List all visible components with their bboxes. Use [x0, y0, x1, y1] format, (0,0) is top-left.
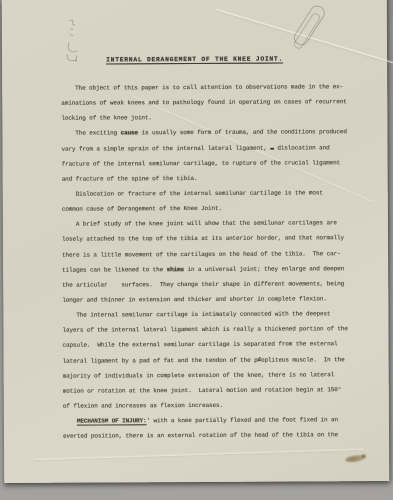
text-line: losely attached to the top of the tibia … [62, 231, 362, 248]
document-title: INTERNAL DERANGEMENT OF THE KNEE JOINT. [2, 55, 387, 64]
crease-line [34, 448, 364, 462]
text-segment: is usually some form of trauma, and the … [138, 129, 347, 137]
text-line: vary from a simple sprain of the interna… [61, 140, 361, 157]
pencil-scribble-icon [57, 15, 87, 73]
ink-smudge-dot [361, 454, 366, 458]
text-line: tilages can be likened to the shims in a… [62, 261, 362, 278]
text-segment: dislocation and [274, 144, 330, 151]
text-segment: vary from a simple sprain of the interna… [62, 144, 271, 152]
text-segment: in a universal joint; they enlarge and d… [184, 265, 344, 273]
paragraph: Dislocation or fracture of the internal … [62, 185, 362, 217]
text-line: capsule. While the external semilunar ca… [63, 337, 363, 354]
text-line: MECHANISM OF INJURY:' with a knee partia… [63, 412, 363, 429]
paragraph: The object of this paper is to call atte… [61, 79, 361, 126]
paper-sheet: INTERNAL DERANGEMENT OF THE KNEE JOINT. … [2, 0, 390, 483]
text-line: fracture of the internal semilunar carti… [62, 155, 362, 172]
text-segment: ' with a knee partially flexed and the f… [146, 416, 337, 424]
text-line: motion or rotation at the knee joint. La… [63, 382, 363, 399]
text-line: A brief study of the knee joint will sho… [62, 215, 362, 232]
text-segment: opliteus muscle. In the [261, 356, 345, 363]
text-line: common cause of Derangement of the Knee … [62, 200, 362, 217]
text-line: The internal semilunar cartilage is inti… [62, 306, 362, 323]
paragraph: A brief study of the knee joint will sho… [62, 215, 362, 307]
text-line: majority of individuals in complete exte… [63, 367, 363, 384]
text-segment-b: cause [121, 130, 138, 137]
text-line: everted position, there is an external r… [63, 427, 363, 444]
text-line: of flexion and increases as flexion incr… [63, 397, 363, 414]
document-title-text: INTERNAL DERANGEMENT OF THE KNEE JOINT. [106, 56, 283, 64]
text-segment: lateral ligament by a pad of fat and the… [63, 356, 258, 364]
text-line: there is a little movement of the cartil… [62, 246, 362, 263]
paragraph: The internal semilunar cartilage is inti… [62, 306, 363, 414]
paragraph: MECHANISM OF INJURY:' with a knee partia… [63, 412, 363, 444]
text-line: lateral ligament by a pad of fat and the… [63, 352, 363, 369]
text-line: longer and thinner in extension and thic… [62, 291, 362, 308]
text-line: aminations of weak knees and to patholog… [61, 94, 361, 111]
scan-background: { "colors": { "paper": "#d7d3c5", "ink":… [0, 0, 393, 500]
text-segment [63, 418, 77, 425]
text-line: The object of this paper is to call atte… [61, 79, 361, 96]
text-line: The exciting cause is usually some form … [61, 125, 361, 142]
text-segment-b: shims [167, 266, 184, 273]
document-body: The object of this paper is to call atte… [61, 79, 363, 444]
text-line: layers of the internal lateral ligament … [62, 321, 362, 338]
text-segment-u: MECHANISM OF INJURY: [77, 417, 147, 424]
text-line: and fracture of the spine of the tibia. [62, 170, 362, 187]
text-line: locking of the knee joint. [61, 109, 361, 126]
text-segment: tilages can be likened to the [62, 266, 166, 274]
text-line: the articular surfaces. They change thei… [62, 276, 362, 293]
text-segment: The exciting [61, 130, 120, 137]
paragraph: The exciting cause is usually some form … [61, 125, 361, 187]
text-line: Dislocation or fracture of the internal … [62, 185, 362, 202]
